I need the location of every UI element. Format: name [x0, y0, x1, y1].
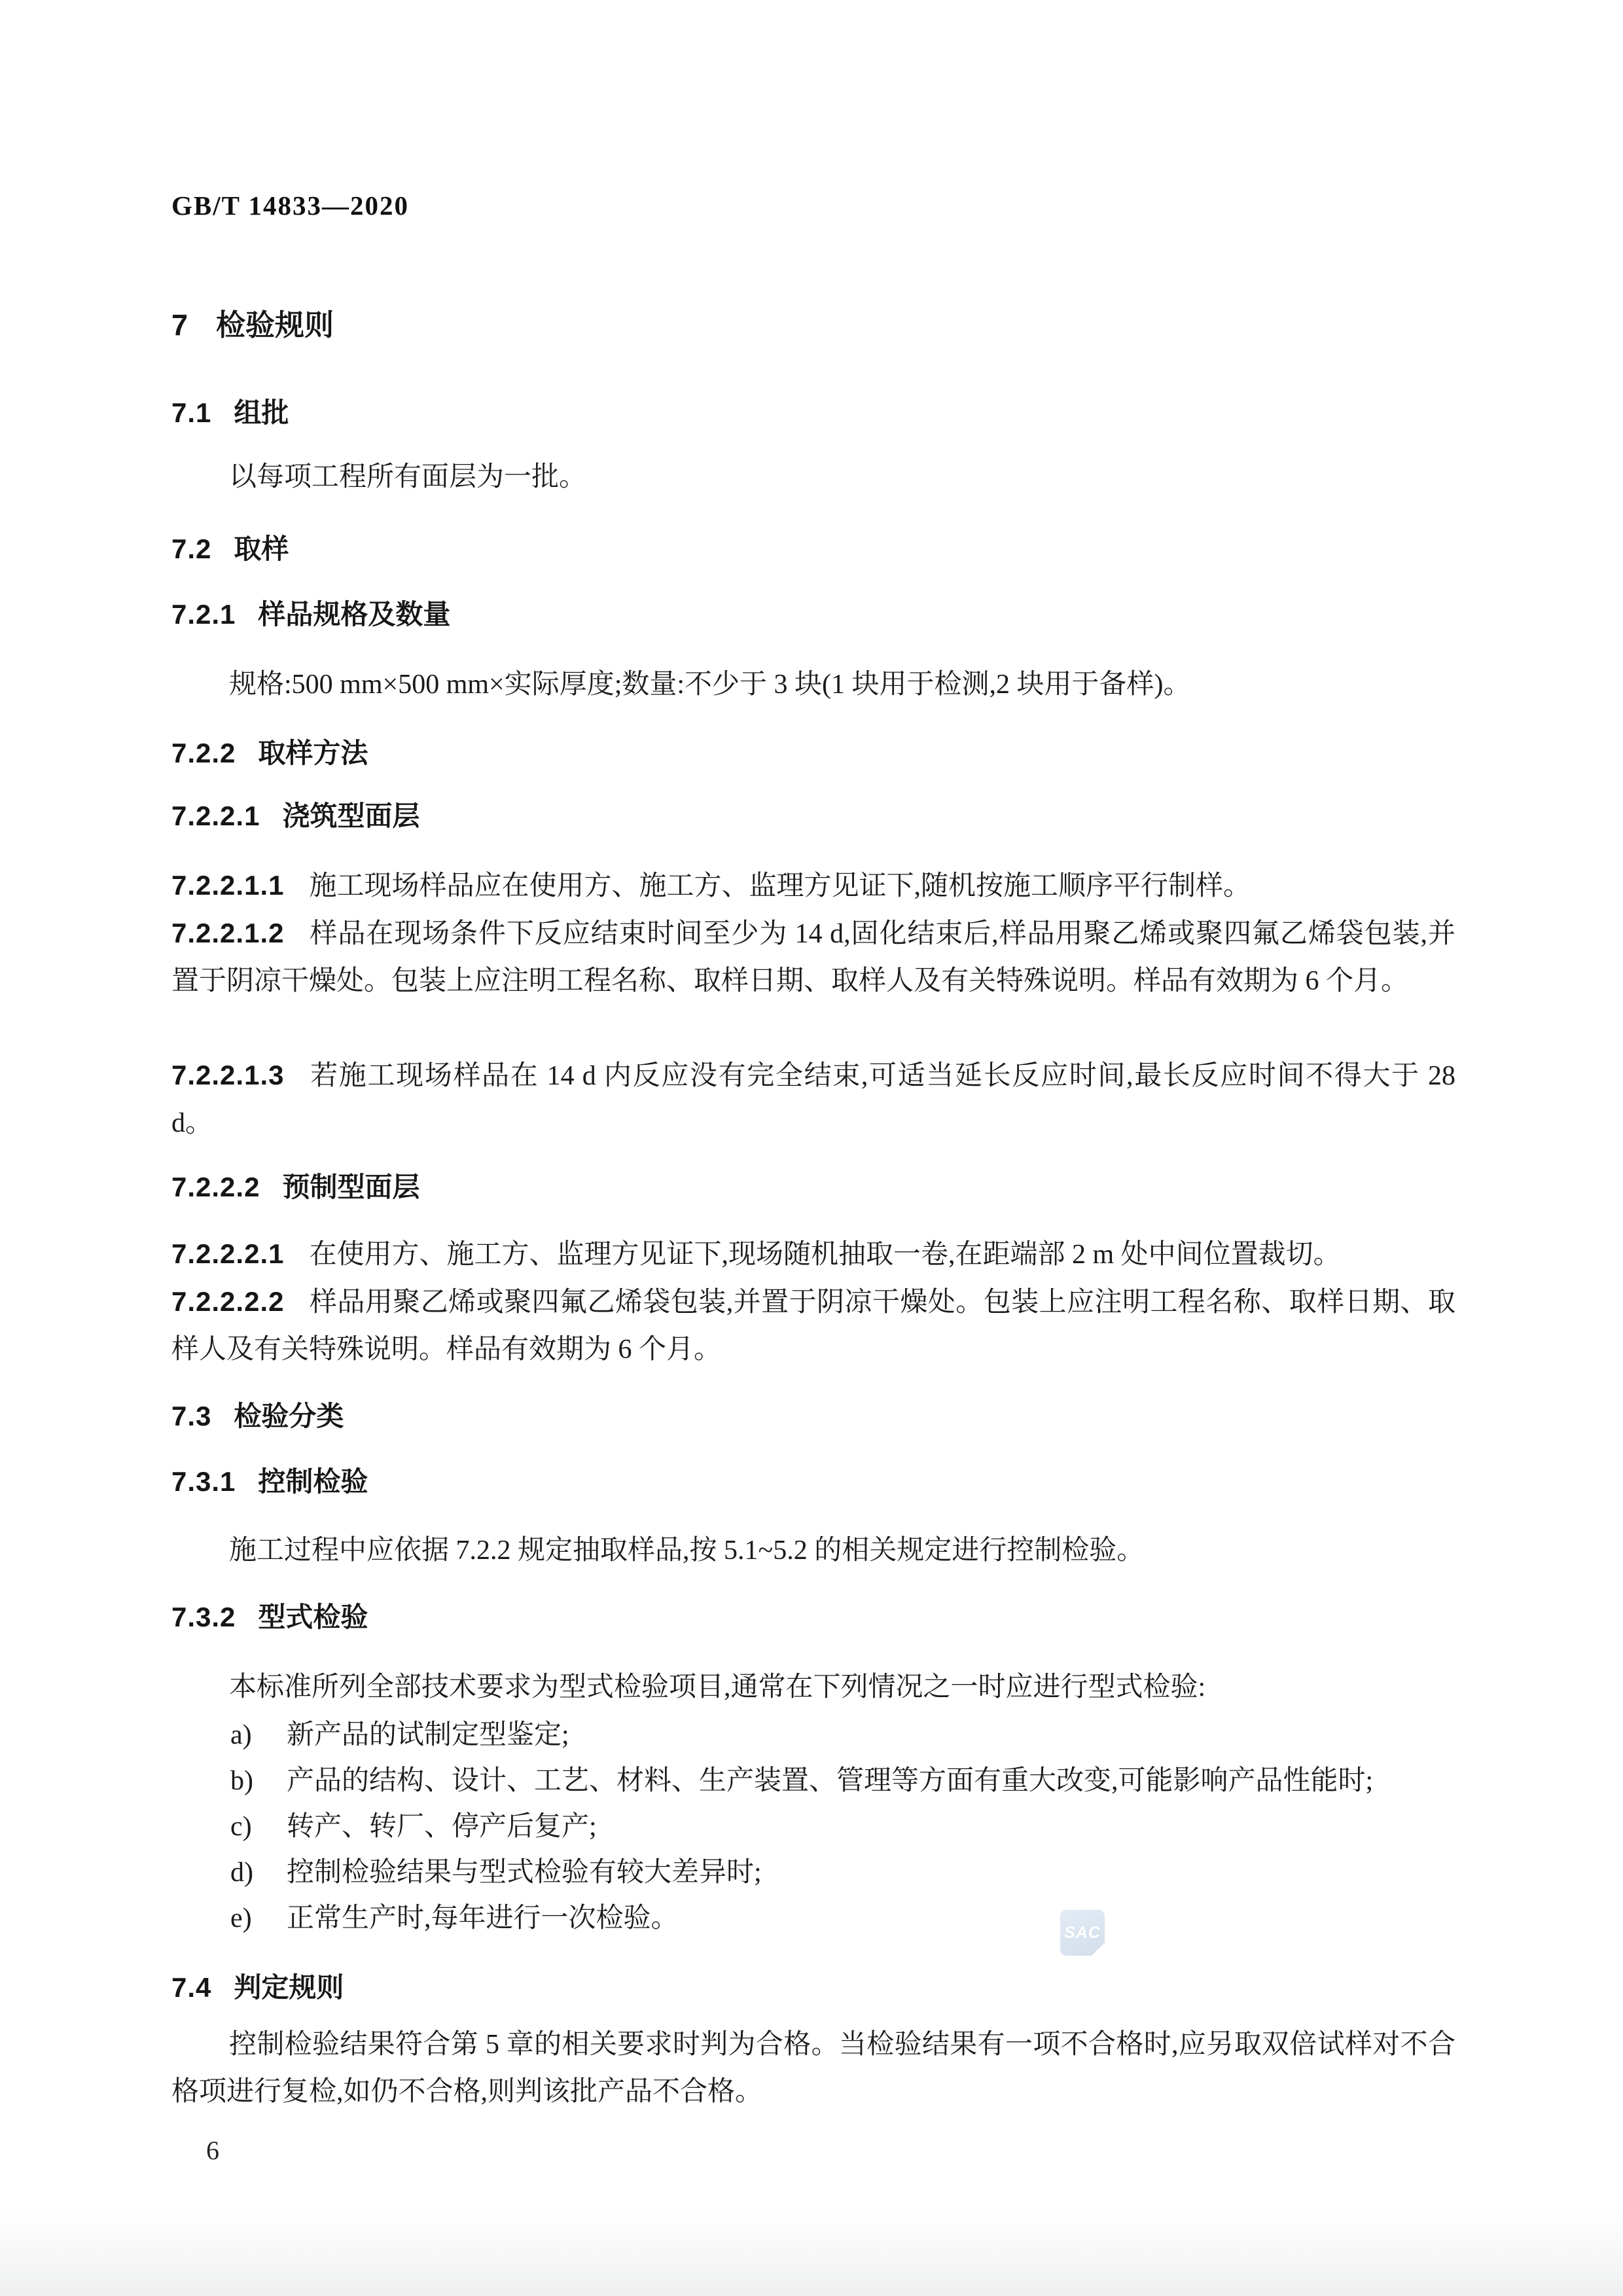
paragraph-7-2-2-1-1: 7.2.2.1.1施工现场样品应在使用方、施工方、监理方见证下,随机按施工顺序平…	[171, 862, 1455, 910]
clause-number: 7.2.2.1.1	[171, 870, 284, 901]
heading-7-1: 7.1 组批	[171, 399, 289, 427]
list-item-b: b) 产品的结构、设计、工艺、材料、生产装置、管理等方面有重大改变,可能影响产品…	[230, 1758, 1461, 1804]
heading-7-2-1: 7.2.1 样品规格及数量	[171, 601, 450, 628]
document-page: GB/T 14833—2020 7 检验规则 7.1 组批 以每项工程所有面层为…	[0, 0, 1623, 2296]
paragraph-7-3-2-intro: 本标准所列全部技术要求为型式检验项目,通常在下列情况之一时应进行型式检验:	[171, 1664, 1455, 1711]
clause-text: 施工现场样品应在使用方、施工方、监理方见证下,随机按施工顺序平行制样。	[309, 871, 1251, 901]
paragraph-7-2-2-2-1: 7.2.2.2.1在使用方、施工方、监理方见证下,现场随机抽取一卷,在距端部 2…	[171, 1230, 1455, 1278]
clause-number: 7.2.2.1.2	[171, 918, 284, 948]
clause-number: 7.2.2.1.3	[171, 1060, 284, 1090]
clause-number: 7.2.2.2.2	[171, 1286, 284, 1317]
paragraph-7-2-2-1-2: 7.2.2.1.2样品在现场条件下反应结束时间至少为 14 d,固化结束后,样品…	[171, 910, 1455, 1005]
list-item-a: a) 新产品的试制定型鉴定;	[230, 1712, 1461, 1758]
clause-text: 在使用方、施工方、监理方见证下,现场随机抽取一卷,在距端部 2 m 处中间位置裁…	[309, 1240, 1340, 1270]
heading-7-4: 7.4 判定规则	[171, 1974, 344, 2001]
list-item-d: d) 控制检验结果与型式检验有较大差异时;	[230, 1850, 1461, 1895]
heading-7-2-2: 7.2.2 取样方法	[171, 740, 368, 767]
paragraph-7-3-1: 施工过程中应依据 7.2.2 规定抽取样品,按 5.1~5.2 的相关规定进行控…	[171, 1527, 1455, 1574]
heading-7-3-2: 7.3.2 型式检验	[171, 1604, 368, 1631]
list-item-e: e) 正常生产时,每年进行一次检验。	[230, 1895, 1461, 1941]
clause-text: 若施工现场样品在 14 d 内反应没有完全结束,可适当延长反应时间,最长反应时间…	[171, 1061, 1455, 1138]
paragraph-7-2-1: 规格:500 mm×500 mm×实际厚度;数量:不少于 3 块(1 块用于检测…	[171, 661, 1455, 708]
clause-number: 7.2.2.2.1	[171, 1238, 284, 1269]
heading-7-2-2-2: 7.2.2.2 预制型面层	[171, 1174, 419, 1201]
standard-code-header: GB/T 14833—2020	[171, 190, 409, 221]
heading-7-3: 7.3 检验分类	[171, 1403, 344, 1430]
paragraph-7-4: 控制检验结果符合第 5 章的相关要求时判为合格。当检验结果有一项不合格时,应另取…	[171, 2021, 1455, 2115]
heading-7: 7 检验规则	[171, 310, 334, 340]
clause-text: 样品用聚乙烯或聚四氟乙烯袋包装,并置于阴凉干燥处。包装上应注明工程名称、取样日期…	[171, 1287, 1455, 1365]
heading-7-title: 检验规则	[216, 310, 334, 340]
heading-7-number: 7	[171, 310, 188, 340]
page-number: 6	[206, 2135, 219, 2166]
paragraph-7-2-2-2-2: 7.2.2.2.2样品用聚乙烯或聚四氟乙烯袋包装,并置于阴凉干燥处。包装上应注明…	[171, 1278, 1455, 1373]
heading-7-2-2-1: 7.2.2.1 浇筑型面层	[171, 802, 419, 830]
list-item-c: c) 转产、转厂、停产后复产;	[230, 1804, 1461, 1850]
heading-7-2: 7.2 取样	[171, 535, 289, 563]
heading-7-3-1: 7.3.1 控制检验	[171, 1468, 368, 1496]
paragraph-7-1: 以每项工程所有面层为一批。	[171, 454, 1455, 501]
type-inspection-condition-list: a) 新产品的试制定型鉴定; b) 产品的结构、设计、工艺、材料、生产装置、管理…	[230, 1712, 1461, 1941]
sac-logo-watermark-icon: SAC	[1060, 1910, 1105, 1956]
clause-text: 样品在现场条件下反应结束时间至少为 14 d,固化结束后,样品用聚乙烯或聚四氟乙…	[171, 919, 1455, 996]
paragraph-7-2-2-1-3: 7.2.2.1.3若施工现场样品在 14 d 内反应没有完全结束,可适当延长反应…	[171, 1052, 1455, 1147]
